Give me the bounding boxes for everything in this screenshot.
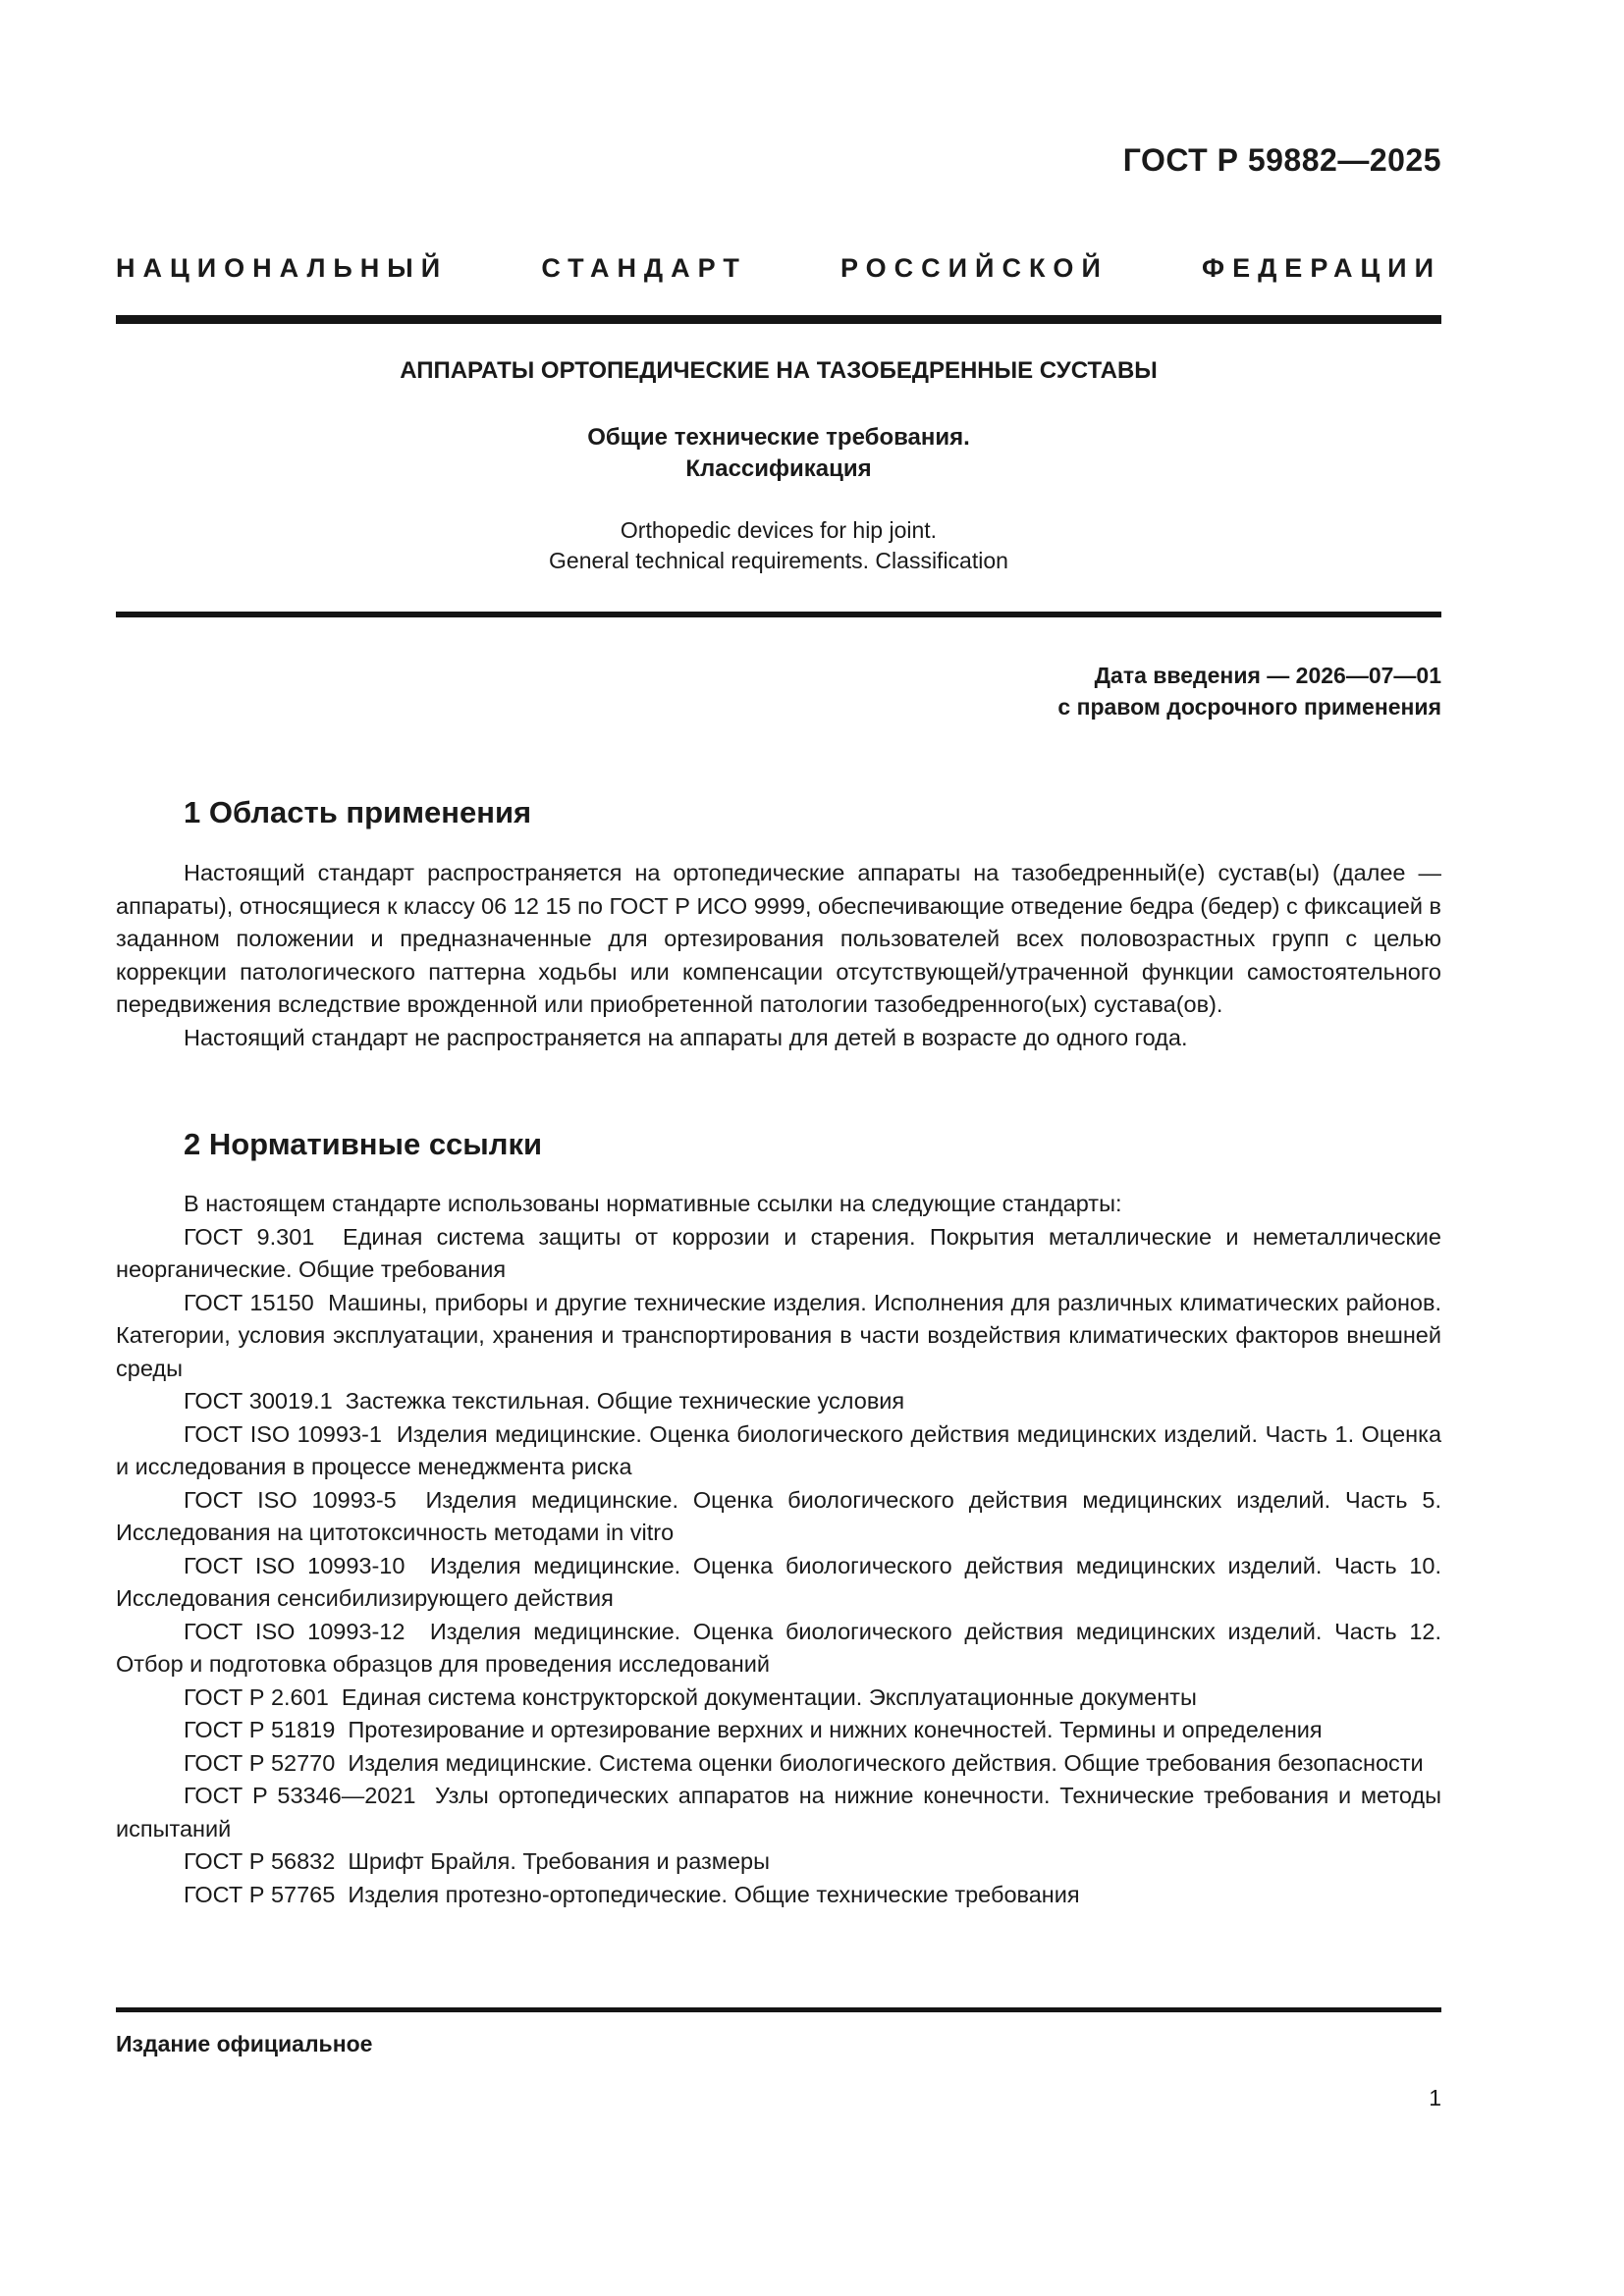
reference-item: ГОСТ Р 52770 Изделия медицинские. Систем… (116, 1747, 1441, 1781)
reference-title: Протезирование и ортезирование верхних и… (348, 1717, 1322, 1742)
reference-code: ГОСТ Р 57765 (184, 1882, 335, 1907)
document-subtitle: Общие технические требования. Классифика… (116, 422, 1441, 485)
section-1-paragraph-2: Настоящий стандарт не распространяется н… (116, 1022, 1441, 1055)
reference-title: Машины, приборы и другие технические изд… (116, 1290, 1441, 1381)
reference-title: Изделия медицинские. Система оценки биол… (348, 1750, 1423, 1776)
title-rule (116, 612, 1441, 617)
reference-item: ГОСТ Р 57765 Изделия протезно-ортопедиче… (116, 1879, 1441, 1912)
reference-code: ГОСТ Р 51819 (184, 1717, 335, 1742)
reference-item: ГОСТ ISO 10993-12 Изделия медицинские. О… (116, 1616, 1441, 1682)
reference-item: ГОСТ 15150 Машины, приборы и другие техн… (116, 1287, 1441, 1386)
section-2-body: В настоящем стандарте использованы норма… (116, 1188, 1441, 1911)
reference-item: ГОСТ ISO 10993-10 Изделия медицинские. О… (116, 1550, 1441, 1616)
footer-rule (116, 2007, 1441, 2012)
introduction-date: Дата введения — 2026—07—01 (1057, 660, 1441, 691)
early-application-note: с правом досрочного применения (1057, 691, 1441, 722)
reference-item: ГОСТ ISO 10993-5 Изделия медицинские. Оц… (116, 1484, 1441, 1550)
reference-code: ГОСТ ISO 10993-10 (184, 1553, 405, 1578)
reference-code: ГОСТ Р 56832 (184, 1848, 335, 1874)
document-title: АППАРАТЫ ОРТОПЕДИЧЕСКИЕ НА ТАЗОБЕДРЕННЫЕ… (116, 357, 1441, 385)
reference-title: Единая система конструкторской документа… (342, 1684, 1197, 1710)
reference-code: ГОСТ 9.301 (184, 1224, 314, 1250)
reference-code: ГОСТ Р 2.601 (184, 1684, 329, 1710)
english-title-line-2: General technical requirements. Classifi… (116, 546, 1441, 576)
page-number: 1 (1429, 2085, 1441, 2111)
reference-title: Изделия протезно-ортопедические. Общие т… (348, 1882, 1079, 1907)
reference-title: Застежка текстильная. Общие технические … (346, 1388, 904, 1414)
reference-code: ГОСТ ISO 10993-5 (184, 1487, 397, 1513)
reference-item: ГОСТ 9.301 Единая система защиты от корр… (116, 1221, 1441, 1287)
reference-item: ГОСТ Р 53346—2021 Узлы ортопедических ап… (116, 1780, 1441, 1845)
reference-code: ГОСТ ISO 10993-12 (184, 1619, 405, 1644)
reference-code: ГОСТ 30019.1 (184, 1388, 333, 1414)
edition-label: Издание официальное (116, 2031, 372, 2057)
section-1-body: Настоящий стандарт распространяется на о… (116, 857, 1441, 1054)
reference-code: ГОСТ Р 53346—2021 (184, 1783, 416, 1808)
introduction-date-block: Дата введения — 2026—07—01 с правом доср… (1057, 660, 1441, 722)
reference-code: ГОСТ 15150 (184, 1290, 314, 1315)
reference-title: Единая система защиты от коррозии и стар… (116, 1224, 1441, 1283)
english-title: Orthopedic devices for hip joint. Genera… (116, 515, 1441, 576)
english-title-line-1: Orthopedic devices for hip joint. (116, 515, 1441, 546)
reference-item: ГОСТ 30019.1 Застежка текстильная. Общие… (116, 1385, 1441, 1418)
reference-item: ГОСТ Р 51819 Протезирование и ортезирова… (116, 1714, 1441, 1747)
reference-item: ГОСТ Р 2.601 Единая система конструкторс… (116, 1682, 1441, 1715)
subtitle-line-2: Классификация (116, 454, 1441, 485)
subtitle-line-1: Общие технические требования. (116, 422, 1441, 454)
section-1-paragraph-1: Настоящий стандарт распространяется на о… (116, 857, 1441, 1022)
section-2-heading: 2 Нормативные ссылки (184, 1127, 542, 1162)
header-rule (116, 315, 1441, 324)
section-2-intro: В настоящем стандарте использованы норма… (116, 1188, 1441, 1221)
reference-title: Шрифт Брайля. Требования и размеры (348, 1848, 770, 1874)
reference-item: ГОСТ Р 56832 Шрифт Брайля. Требования и … (116, 1845, 1441, 1879)
document-number: ГОСТ Р 59882—2025 (1123, 142, 1441, 179)
reference-code: ГОСТ ISO 10993-1 (184, 1421, 382, 1447)
section-1-heading: 1 Область применения (184, 795, 531, 830)
reference-item: ГОСТ ISO 10993-1 Изделия медицинские. Оц… (116, 1418, 1441, 1484)
national-standard-banner: НАЦИОНАЛЬНЫЙ СТАНДАРТ РОССИЙСКОЙ ФЕДЕРАЦ… (116, 253, 1441, 284)
reference-code: ГОСТ Р 52770 (184, 1750, 335, 1776)
normative-references-list: ГОСТ 9.301 Единая система защиты от корр… (116, 1221, 1441, 1912)
